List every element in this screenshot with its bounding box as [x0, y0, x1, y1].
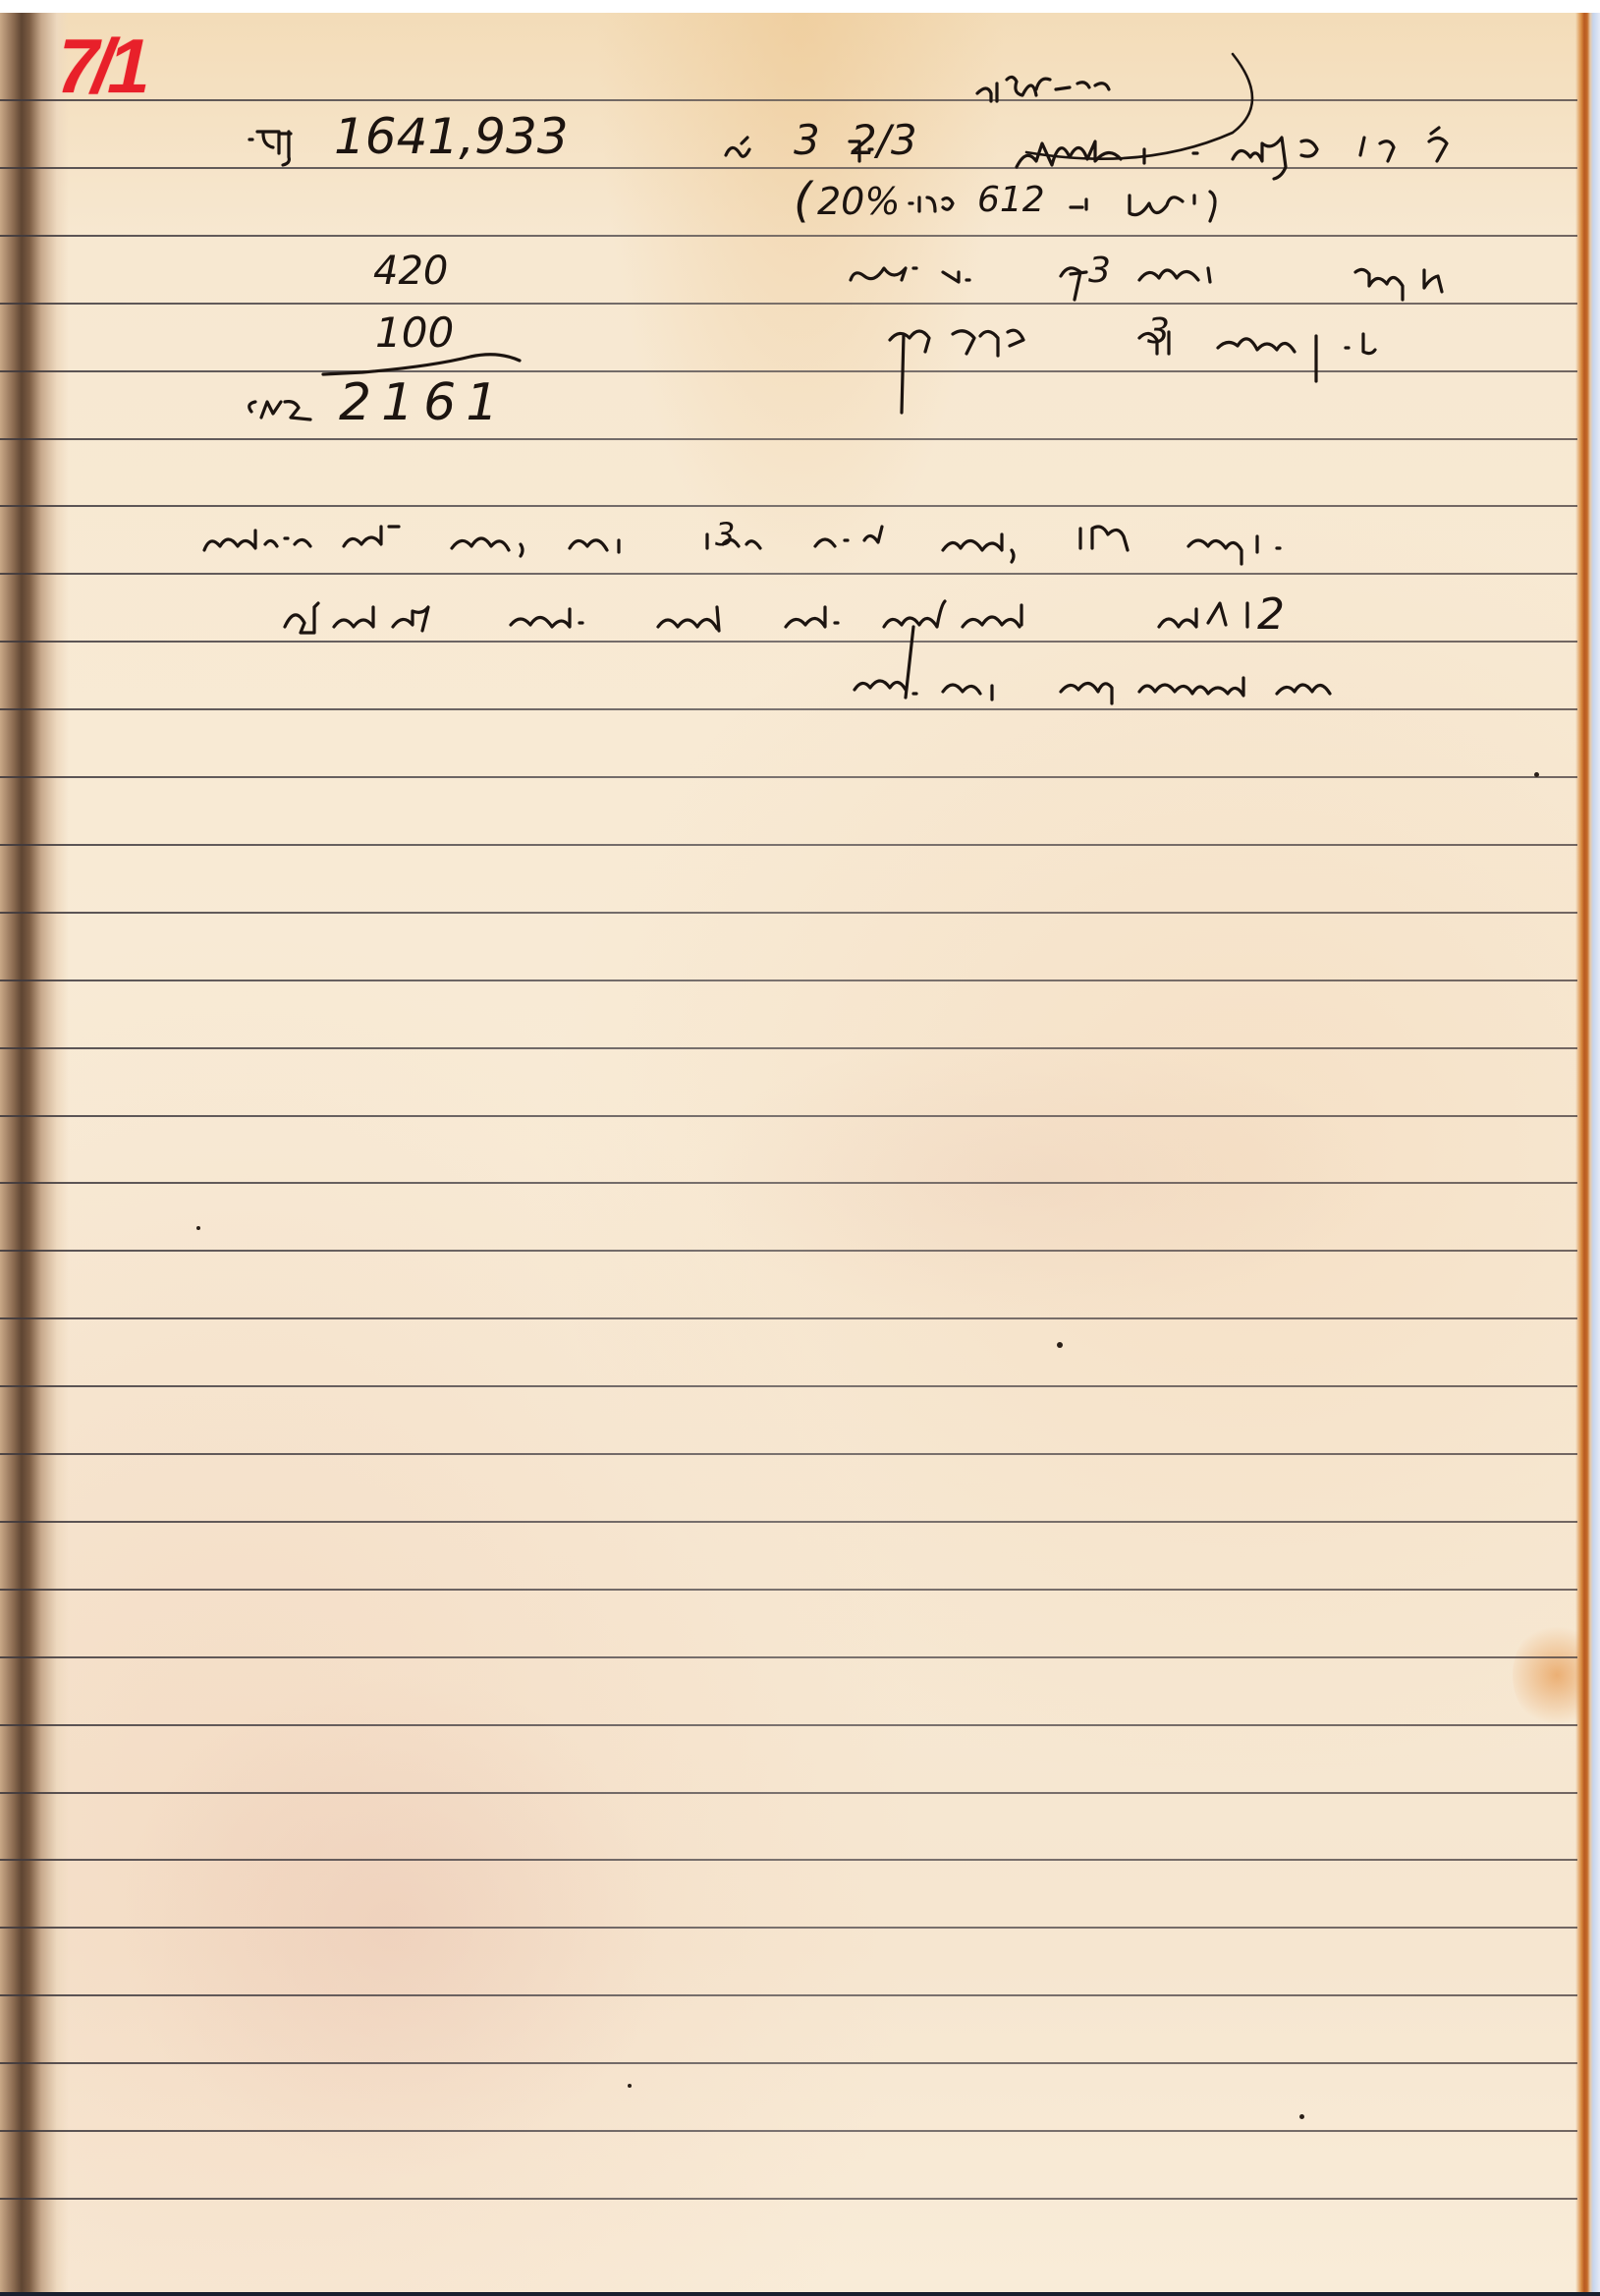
- header-line-3-script: [845, 251, 1483, 319]
- ruled-line: [0, 1521, 1577, 1523]
- ruled-line: [0, 1859, 1577, 1861]
- ruled-line: [0, 2198, 1577, 2200]
- header-line-2-paren-open: (: [794, 177, 812, 224]
- handwritten-label-first-value: [246, 118, 324, 167]
- ruled-line: [0, 1994, 1577, 1996]
- ruled-line: [0, 1250, 1577, 1252]
- header-line-4-number: 3: [1147, 314, 1170, 350]
- ink-blot: [1534, 772, 1539, 777]
- header-line-2-percent: 20%: [817, 183, 900, 220]
- ruled-line: [0, 776, 1577, 778]
- header-line-1-number: 3: [794, 120, 820, 161]
- ruled-line: [0, 438, 1577, 440]
- ruled-line: [0, 912, 1577, 914]
- ruled-line: [0, 1724, 1577, 1726]
- ruled-line: [0, 1656, 1577, 1658]
- header-line-1-script: [722, 120, 1478, 179]
- ruled-line: [0, 980, 1577, 981]
- header-line-1-fraction: 2/3: [851, 120, 917, 161]
- ink-blot: [1299, 2114, 1304, 2119]
- ruled-line: [0, 2062, 1577, 2064]
- addend-2: 100: [375, 312, 454, 354]
- first-value: 1641,933: [334, 112, 569, 161]
- paragraph-line-3-script: [845, 660, 1395, 719]
- ruled-line: [0, 1927, 1577, 1929]
- ruled-line: [0, 1317, 1577, 1319]
- header-line-3-number: 3: [1088, 253, 1111, 289]
- ruled-line: [0, 99, 1577, 101]
- ruled-line: [0, 2130, 1577, 2132]
- paragraph-line-1-script: [196, 511, 1463, 580]
- header-line-2-number: 612: [977, 183, 1045, 218]
- ink-blot: [196, 1226, 200, 1230]
- handwritten-label-total: [246, 388, 324, 432]
- ruled-line: [0, 1047, 1577, 1049]
- ruled-line: [0, 1589, 1577, 1591]
- paragraph-line-1-number: 3: [715, 519, 735, 550]
- total-value: 2161: [339, 377, 508, 428]
- ruled-line: [0, 1385, 1577, 1387]
- paragraph-line-2-number: 2: [1257, 593, 1285, 637]
- ruled-line: [0, 505, 1577, 507]
- header-line-2-script: [904, 182, 1277, 231]
- folio-number: 7/1: [47, 22, 155, 111]
- ruled-line: [0, 235, 1577, 237]
- ruled-line: [0, 1182, 1577, 1184]
- ruled-line: [0, 1453, 1577, 1455]
- ink-blot: [628, 2084, 632, 2088]
- ink-blot: [1057, 1342, 1063, 1348]
- addend-1: 420: [373, 252, 448, 291]
- ruled-line: [0, 844, 1577, 846]
- ruled-line: [0, 1792, 1577, 1794]
- ruled-line: [0, 1115, 1577, 1117]
